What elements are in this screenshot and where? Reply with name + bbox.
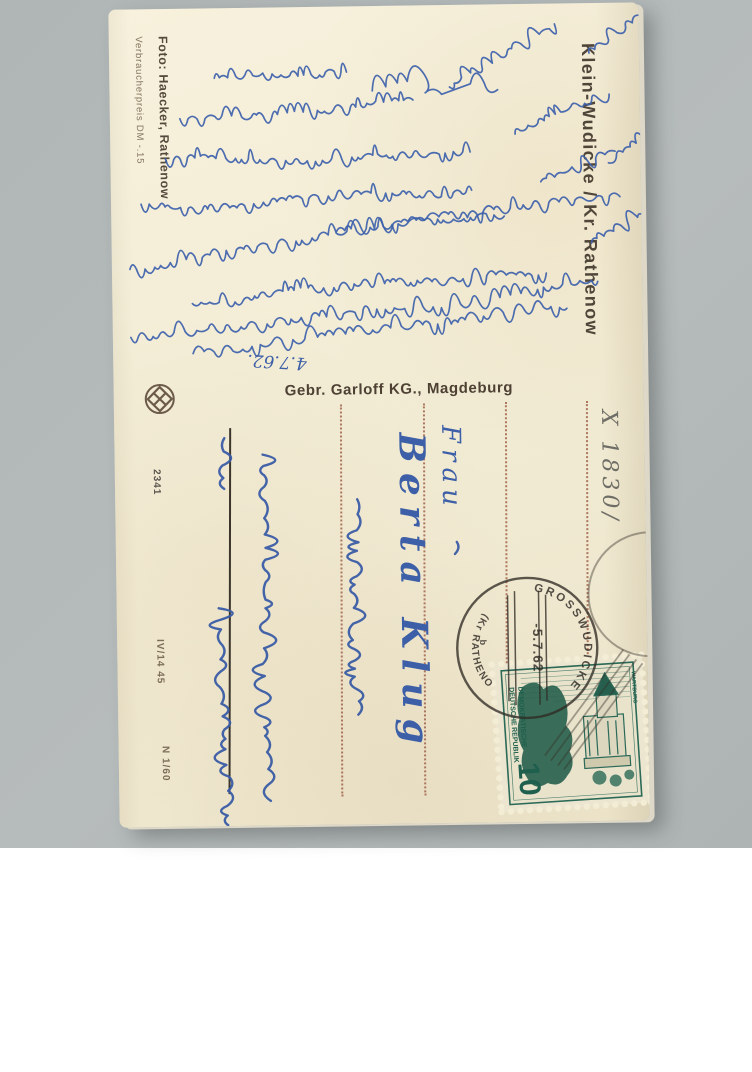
scanned-postcard-photo: Klein-Wudicke / Kr. Rathenow Foto: Haeck… — [0, 0, 752, 1072]
print-code: IV/14 45 — [154, 639, 166, 684]
photo-background: Klein-Wudicke / Kr. Rathenow Foto: Haeck… — [0, 0, 752, 848]
edition-code: N 1/60 — [160, 746, 171, 782]
message-date: 4.7.62. — [247, 350, 308, 373]
handwritten-message — [118, 12, 638, 394]
order-number: 2341 — [151, 469, 162, 495]
address-recipient: Berta Klug — [390, 432, 436, 754]
postmark-second-strike — [444, 402, 650, 815]
postcard-back: Klein-Wudicke / Kr. Rathenow Foto: Haeck… — [108, 2, 649, 827]
